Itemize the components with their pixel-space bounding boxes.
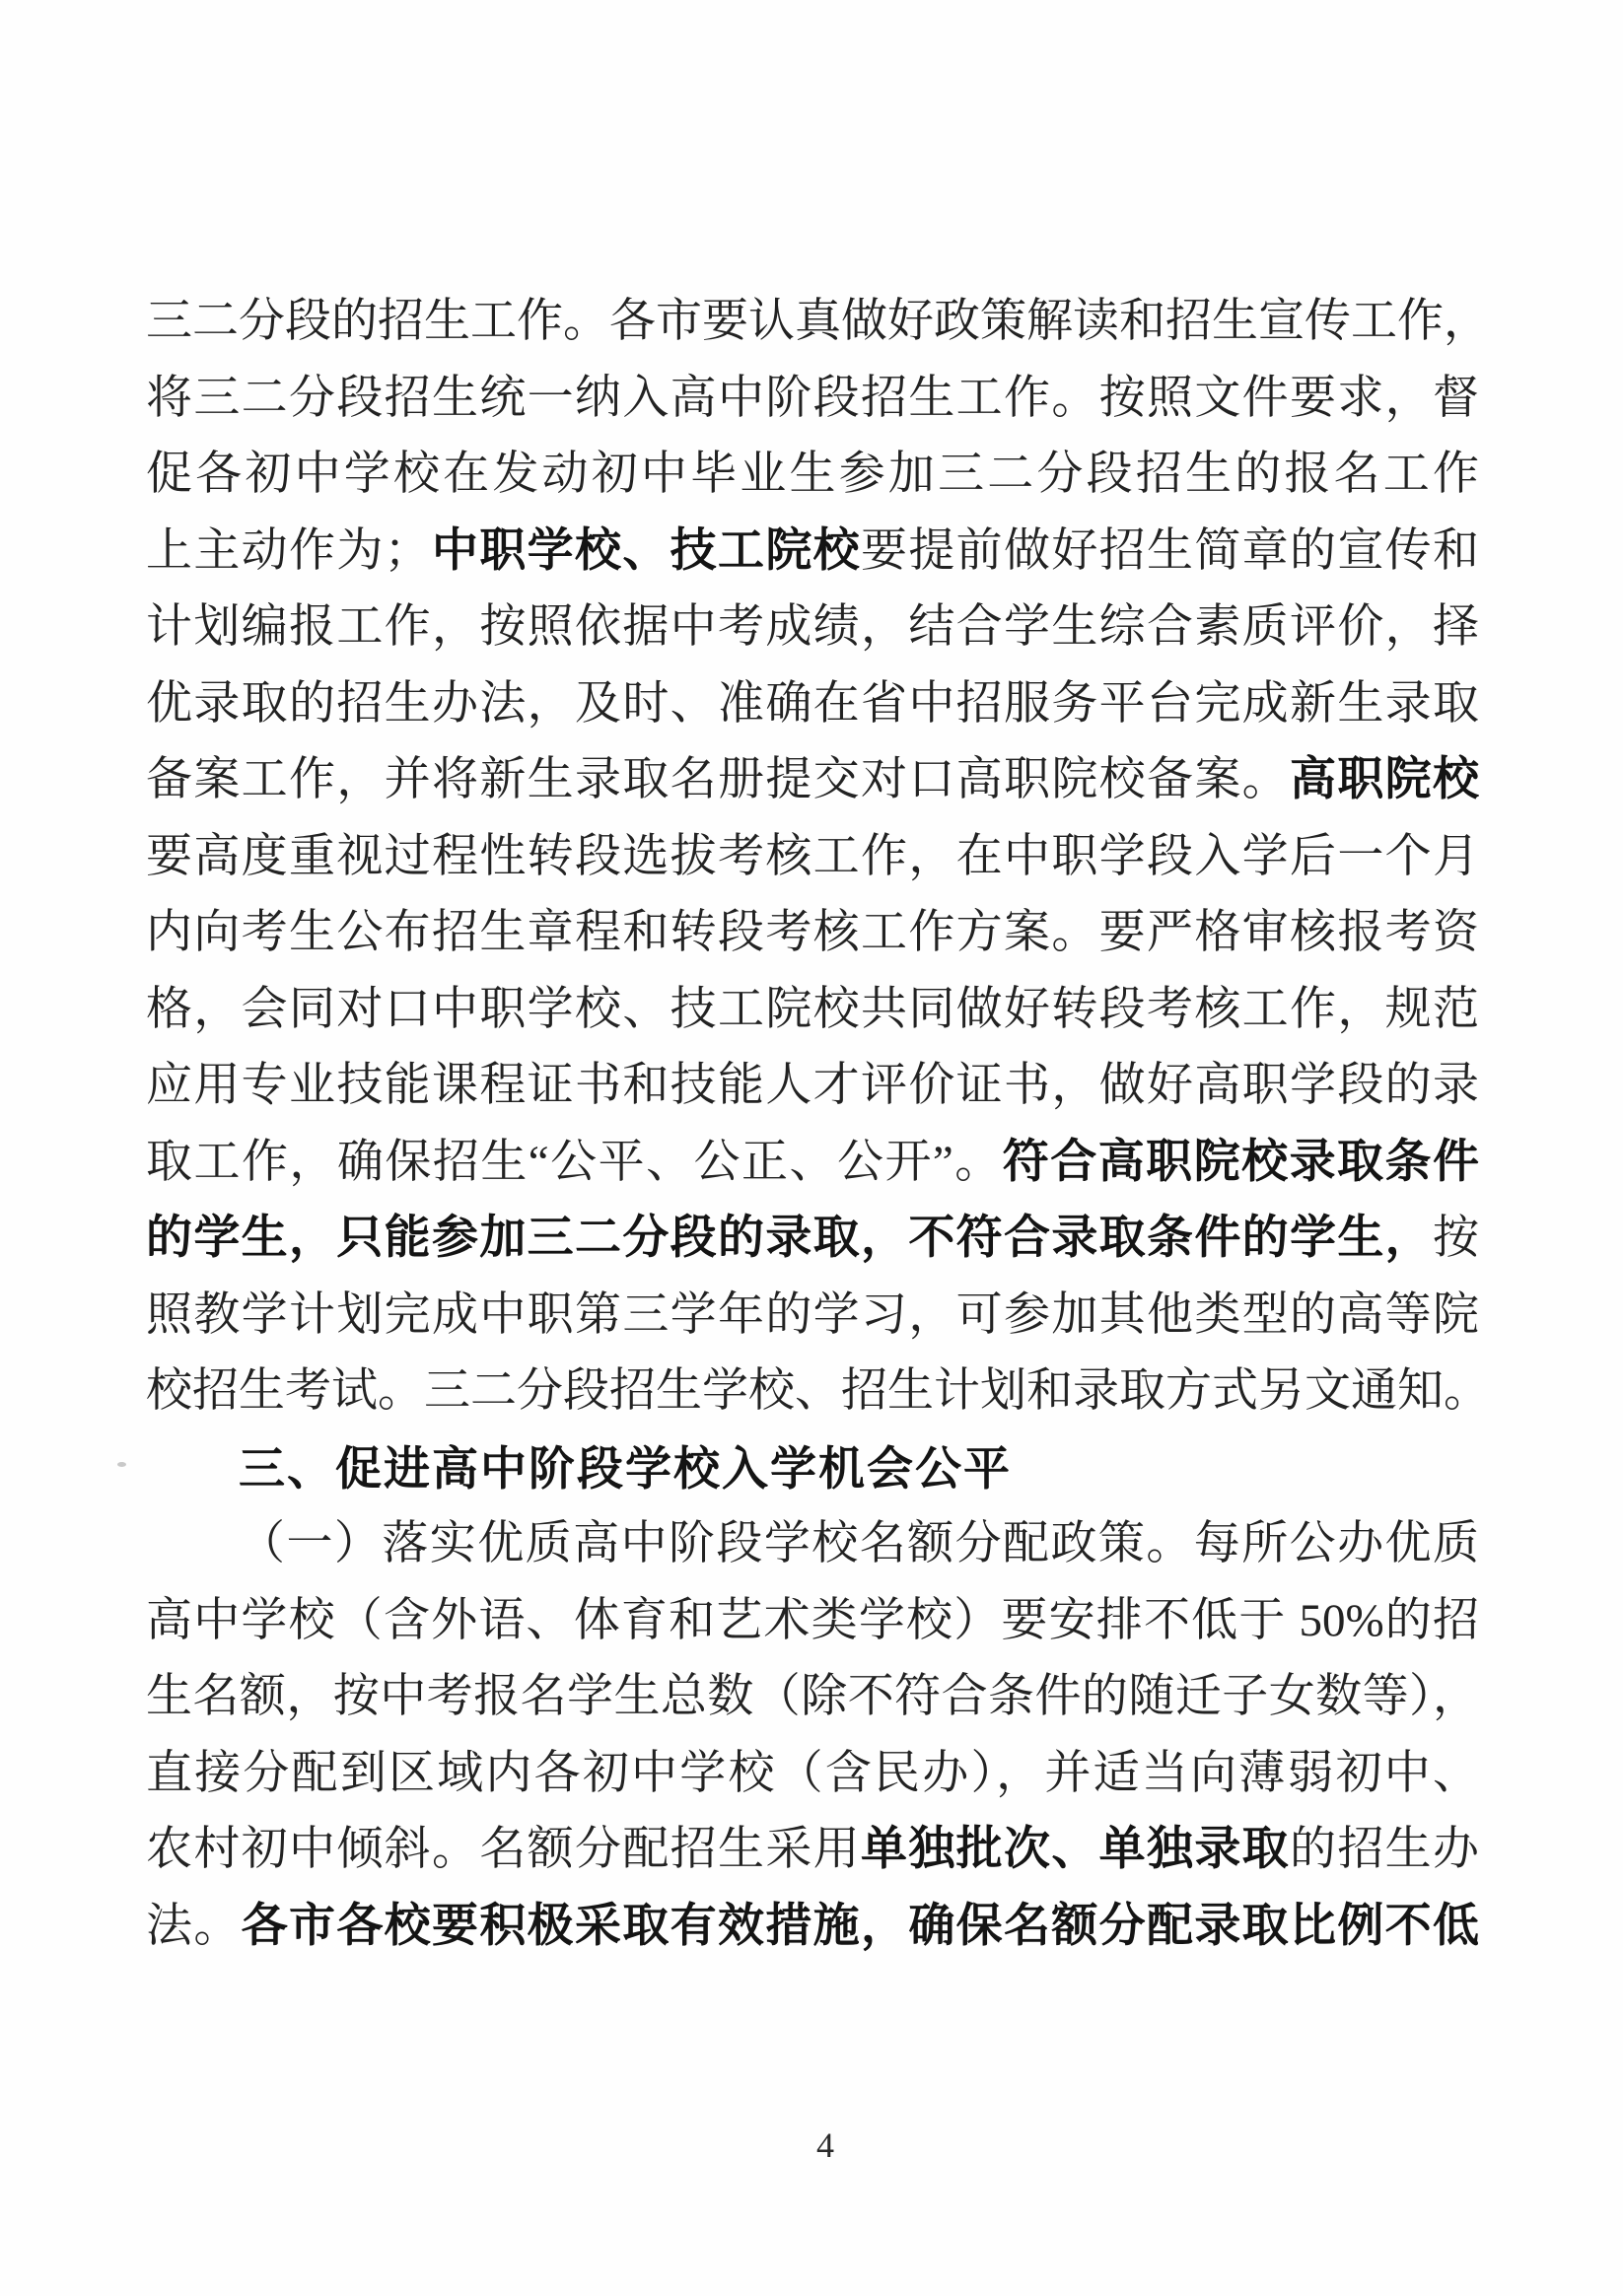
text-segment: 符合高职院校录取条件	[1003, 1137, 1479, 1188]
text-segment: 生名额，按中考报名学生总数（除不符合条件的随迁子女数等），	[146, 1671, 1479, 1722]
text-line: 高中学校（含外语、体育和艺术类学校）要安排不低于 50%的招	[146, 1583, 1479, 1660]
text-segment: 将三二分段招生统一纳入高中阶段招生工作。按照文件要求，督	[146, 373, 1479, 424]
text-segment: 促各初中学校在发动初中毕业生参加三二分段招生的报名工作	[146, 449, 1479, 500]
text-line: 农村初中倾斜。名额分配招生采用单独批次、单独录取的招生办	[146, 1812, 1479, 1889]
text-segment: 取工作，确保招生“公平、公正、公开”。	[146, 1137, 1003, 1188]
page-number: 4	[14, 2118, 1623, 2173]
text-line: 三二分段的招生工作。各市要认真做好政策解读和招生宣传工作，	[146, 284, 1479, 361]
text-line: 取工作，确保招生“公平、公正、公开”。符合高职院校录取条件	[146, 1125, 1479, 1202]
text-segment: 按	[1433, 1213, 1479, 1264]
text-segment: 的学生，只能参加三二分段的录取，不符合录取条件的学生，	[146, 1213, 1433, 1264]
text-line: 备案工作，并将新生录取名册提交对口高职院校备案。高职院校	[146, 742, 1479, 819]
text-segment: 各市各校要积极采取有效措施，确保名额分配录取比例不低	[242, 1901, 1479, 1952]
text-line: （一）落实优质高中阶段学校名额分配政策。每所公办优质	[146, 1506, 1479, 1583]
text-line: 直接分配到区域内各初中学校（含民办），并适当向薄弱初中、	[146, 1736, 1479, 1813]
text-segment: 计划编报工作，按照依据中考成绩，结合学生综合素质评价，择	[146, 601, 1479, 653]
text-segment: 备案工作，并将新生录取名册提交对口高职院校备案。	[146, 754, 1290, 805]
text-line: 内向考生公布招生章程和转段考核工作方案。要严格审核报考资	[146, 895, 1479, 972]
text-line: 法。各市各校要积极采取有效措施，确保名额分配录取比例不低	[146, 1889, 1479, 1966]
text-segment: 格，会同对口中职学校、技工院校共同做好转段考核工作，规范	[146, 984, 1479, 1035]
text-segment: 优录取的招生办法，及时、准确在省中招服务平台完成新生录取	[146, 678, 1479, 730]
text-segment: 上主动作为；	[146, 525, 431, 577]
scan-speck	[117, 1462, 126, 1467]
text-line: 格，会同对口中职学校、技工院校共同做好转段考核工作，规范	[146, 972, 1479, 1049]
text-segment: 中职学校、技工院校	[431, 525, 861, 577]
text-line: 上主动作为；中职学校、技工院校要提前做好招生简章的宣传和	[146, 514, 1479, 591]
text-line: 要高度重视过程性转段选拔考核工作，在中职学段入学后一个月	[146, 819, 1479, 896]
text-line: 应用专业技能课程证书和技能人才评价证书，做好高职学段的录	[146, 1048, 1479, 1125]
text-segment: （一）落实优质高中阶段学校名额分配政策。每所公办优质	[239, 1518, 1479, 1569]
text-segment: 应用专业技能课程证书和技能人才评价证书，做好高职学段的录	[146, 1060, 1479, 1111]
document-page: 三二分段的招生工作。各市要认真做好政策解读和招生宣传工作，将三二分段招生统一纳入…	[0, 0, 1623, 2296]
text-line: 生名额，按中考报名学生总数（除不符合条件的随迁子女数等），	[146, 1659, 1479, 1736]
section-heading: 三、促进高中阶段学校入学机会公平	[146, 1430, 1479, 1507]
text-segment: 照教学计划完成中职第三学年的学习，可参加其他类型的高等院	[146, 1289, 1479, 1341]
text-segment: 高职院校	[1290, 754, 1479, 805]
text-segment: 单独批次、单独录取	[861, 1824, 1290, 1875]
text-segment: 三二分段的招生工作。各市要认真做好政策解读和招生宣传工作，	[146, 296, 1490, 347]
text-segment: 法。	[146, 1901, 242, 1952]
document-body: 三二分段的招生工作。各市要认真做好政策解读和招生宣传工作，将三二分段招生统一纳入…	[146, 284, 1479, 1965]
text-segment: 要高度重视过程性转段选拔考核工作，在中职学段入学后一个月	[146, 831, 1479, 882]
text-line: 计划编报工作，按照依据中考成绩，结合学生综合素质评价，择	[146, 590, 1479, 666]
text-segment: 要提前做好招生简章的宣传和	[861, 525, 1479, 577]
text-line: 的学生，只能参加三二分段的录取，不符合录取条件的学生，按	[146, 1201, 1479, 1278]
text-line: 将三二分段招生统一纳入高中阶段招生工作。按照文件要求，督	[146, 361, 1479, 438]
text-segment: 直接分配到区域内各初中学校（含民办），并适当向薄弱初中、	[146, 1748, 1479, 1799]
text-segment: 的招生办	[1290, 1824, 1479, 1875]
text-segment: 农村初中倾斜。名额分配招生采用	[146, 1824, 861, 1875]
text-segment: 高中学校（含外语、体育和艺术类学校）要安排不低于 50%的招	[146, 1595, 1479, 1646]
text-line: 促各初中学校在发动初中毕业生参加三二分段招生的报名工作	[146, 437, 1479, 514]
text-line: 照教学计划完成中职第三学年的学习，可参加其他类型的高等院	[146, 1278, 1479, 1355]
text-line: 校招生考试。三二分段招生学校、招生计划和录取方式另文通知。	[146, 1354, 1479, 1430]
text-segment: 校招生考试。三二分段招生学校、招生计划和录取方式另文通知。	[146, 1365, 1490, 1417]
text-segment: 内向考生公布招生章程和转段考核工作方案。要严格审核报考资	[146, 907, 1479, 958]
text-segment: 三、促进高中阶段学校入学机会公平	[239, 1442, 1012, 1495]
text-line: 优录取的招生办法，及时、准确在省中招服务平台完成新生录取	[146, 666, 1479, 743]
